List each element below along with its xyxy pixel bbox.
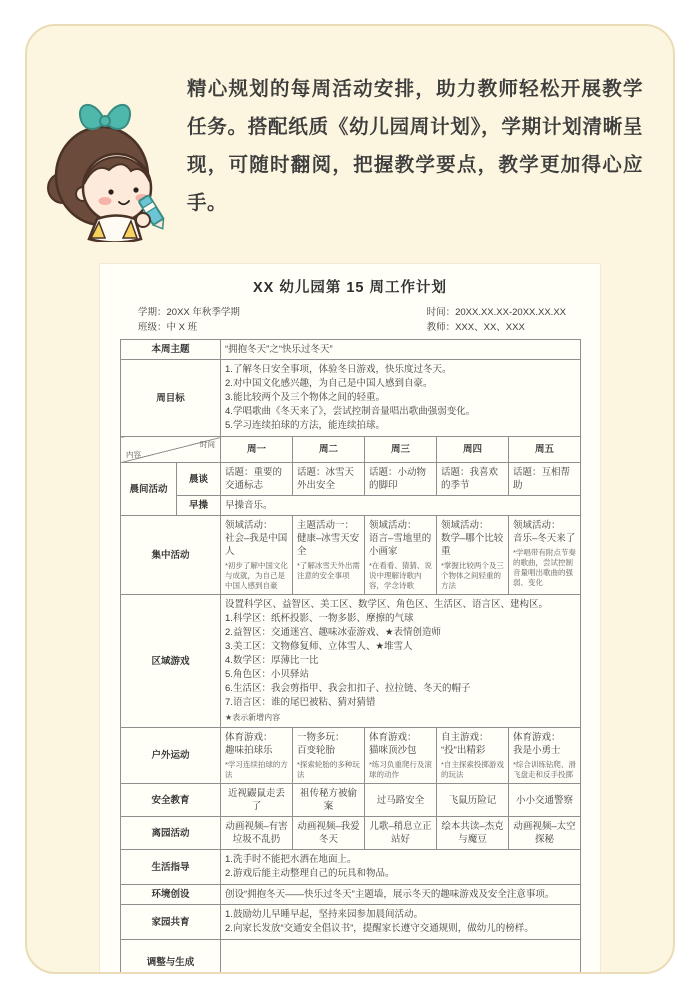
intro-section: 精心规划的每周活动安排，助力教师轻松开展教学任务。搭配纸质《幼儿园周计划》，学期… [27,26,673,247]
table-row-morning-talk: 晨间活动 晨谈 话题：重要的交通标志 话题：冰雪天外出安全 话题：小动物的脚印 … [121,463,581,496]
promo-card: 精心规划的每周活动安排，助力教师轻松开展教学任务。搭配纸质《幼儿园周计划》，学期… [25,24,675,974]
row-label-regional: 区域游戏 [121,595,221,728]
meta-time: 时间：20XX.XX.XX-20XX.XX.XX [427,305,566,320]
girl-mascot-svg [39,92,179,242]
row-label-goals: 周目标 [121,360,221,437]
regional-line: 6.生活区：我会剪指甲、我会扣扣子、拉拉链、冬天的帽子 [225,682,576,695]
safety-tuesday: 祖传秘方被偷案 [293,784,365,817]
life-line: 2.游戏后能主动整理自己的玩具和物品。 [225,867,576,880]
diagonal-header-cell: 时间 内容 [121,437,221,463]
row-label-safety: 安全教育 [121,784,221,817]
table-row-focus-activities: 集中活动 领域活动： 社会–我是中国人 *初步了解中国文化与成就，为自己是中国人… [121,516,581,595]
row-label-life: 生活指导 [121,850,221,885]
girl-mascot-illustration [39,92,179,247]
table-row-home-coeducation: 家园共育 1.鼓励幼儿早睡早起，坚持来园参加晨间活动。 2.向家长发放“交通安全… [121,905,581,940]
document-meta: 学期：20XX 年秋季学期 班级：中 X 班 时间：20XX.XX.XX-20X… [120,305,580,339]
row-label-leaving: 离园活动 [121,817,221,850]
morning-talk-monday: 话题：重要的交通标志 [221,463,293,496]
document-title: XX 幼儿园第 15 周工作计划 [120,276,580,297]
activity-name: 社会–我是中国人 [225,532,288,558]
safety-wednesday: 过马路安全 [365,784,437,817]
diagonal-label-content: 内容 [126,448,141,461]
row-label-adjust: 调整与生成 [121,940,221,975]
activity-name: 音乐–冬天来了 [513,532,576,545]
regional-line: 设置科学区、益智区、美工区、数学区、角色区、生活区、语言区、建构区。 [225,598,576,611]
regional-line: 2.益智区：交通迷宫、趣味冰壶游戏、★表情创造师 [225,626,576,639]
theme-content: “拥抱冬天”之“快乐过冬天” [221,340,581,360]
activity-note: *综合训练钻爬、滑飞盘走和反手投掷 [513,760,576,780]
mascot-eye-right [133,187,138,192]
outdoor-monday: 体育游戏： 趣味拍球乐 *学习连续拍球的方法 [221,728,293,784]
table-row-regional-games: 区域游戏 设置科学区、益智区、美工区、数学区、角色区、生活区、语言区、建构区。 … [121,595,581,728]
activity-type: 体育游戏： [369,731,432,744]
day-header-wednesday: 周三 [365,437,437,463]
home-line: 1.鼓励幼儿早睡早起，坚持来园参加晨间活动。 [225,908,576,921]
mascot-hand [136,213,150,227]
morning-talk-tuesday: 话题：冰雪天外出安全 [293,463,365,496]
activity-note: *初步了解中国文化与成就，为自己是中国人感到自豪 [225,561,288,591]
goal-item: 4.学唱歌曲《冬天来了》，尝试控制音量唱出歌曲强弱变化。 [225,405,576,418]
meta-class: 班级：中 X 班 [138,320,240,335]
activity-type: 自主游戏： [441,731,504,744]
weekly-plan-table: 本周主题 “拥抱冬天”之“快乐过冬天” 周目标 1.了解冬日安全事项，体验冬日游… [120,339,581,974]
row-label-morning: 晨间活动 [121,463,177,516]
activity-type: 领域活动： [441,519,504,532]
activity-note: *学习连续拍球的方法 [225,760,288,780]
sub-label-morning-talk: 晨谈 [177,463,221,496]
intro-paragraph: 精心规划的每周活动安排，助力教师轻松开展教学任务。搭配纸质《幼儿园周计划》，学期… [187,70,643,222]
day-header-monday: 周一 [221,437,293,463]
row-label-outdoor: 户外运动 [121,728,221,784]
activity-name: 健康–冰雪天安全 [297,532,360,558]
meta-teachers: 教师：XXX、XX、XXX [427,320,566,335]
leaving-friday: 动画视频–太空探秘 [509,817,581,850]
activity-type: 领域活动： [513,519,576,532]
activity-type: 体育游戏： [513,731,576,744]
activity-note: *练习负重爬行及滚球的动作 [369,760,432,780]
row-label-environment: 环境创设 [121,885,221,905]
goal-item: 5.学习连续拍球的方法，能连续拍球。 [225,419,576,432]
outdoor-wednesday: 体育游戏： 猫咪顶沙包 *练习负重爬行及滚球的动作 [365,728,437,784]
row-label-home: 家园共育 [121,905,221,940]
activity-type: 领域活动： [225,519,288,532]
activity-note: *探索轮胎的多种玩法 [297,760,360,780]
goal-item: 1.了解冬日安全事项，体验冬日游戏，快乐度过冬天。 [225,363,576,376]
morning-talk-friday: 话题：互相帮助 [509,463,581,496]
activity-type: 体育游戏： [225,731,288,744]
diagonal-label-time: 时间 [200,438,215,451]
meta-semester: 学期：20XX 年秋季学期 [138,305,240,320]
home-coeducation-content: 1.鼓励幼儿早睡早起，坚持来园参加晨间活动。 2.向家长发放“交通安全倡议书”，… [221,905,581,940]
home-line: 2.向家长发放“交通安全倡议书”，提醒家长遵守交通规则，做幼儿的榜样。 [225,922,576,935]
activity-name: 猫咪顶沙包 [369,744,432,757]
regional-line: 4.数学区：厚薄比一比 [225,654,576,667]
activity-note: *学唱带有附点节奏的歌曲，尝试控制音量唱出歌曲的强弱、变化 [513,548,576,588]
outdoor-thursday: 自主游戏： “投”出精彩 *自主探索投掷游戏的玩法 [437,728,509,784]
day-header-friday: 周五 [509,437,581,463]
focus-tuesday: 主题活动一： 健康–冰雪天安全 *了解冰雪天外出需注意的安全事项 [293,516,365,595]
safety-friday: 小小交通警察 [509,784,581,817]
day-header-thursday: 周四 [437,437,509,463]
environment-content: 创设“拥抱冬天——快乐过冬天”主题墙，展示冬天的趣味游戏及安全注意事项。 [221,885,581,905]
regional-line: 7.语言区：谁的尾巴被粘、猜对猜错 [225,696,576,709]
safety-thursday: 飞鼠历险记 [437,784,509,817]
goals-content: 1.了解冬日安全事项，体验冬日游戏，快乐度过冬天。 2.对中国文化感兴趣，为自己… [221,360,581,437]
activity-name: 语言–雪地里的小画家 [369,532,432,558]
activity-name: 数学–哪个比较重 [441,532,504,558]
table-row-adjust: 调整与生成 [121,940,581,975]
plan-document: XX 幼儿园第 15 周工作计划 学期：20XX 年秋季学期 班级：中 X 班 … [99,263,601,974]
meta-right: 时间：20XX.XX.XX-20XX.XX.XX 教师：XXX、XX、XXX [427,305,566,335]
table-row-days-header: 时间 内容 周一 周二 周三 周四 周五 [121,437,581,463]
row-label-theme: 本周主题 [121,340,221,360]
focus-friday: 领域活动： 音乐–冬天来了 *学唱带有附点节奏的歌曲，尝试控制音量唱出歌曲的强弱… [509,516,581,595]
sub-label-morning-exercise: 早操 [177,496,221,516]
activity-name: 我是小勇士 [513,744,576,757]
goal-item: 2.对中国文化感兴趣，为自己是中国人感到自豪。 [225,377,576,390]
activity-name: 百变轮胎 [297,744,360,757]
activity-type: 一物多玩： [297,731,360,744]
activity-note: *掌握比较两个及三个物体之间轻重的方法 [441,561,504,591]
leaving-tuesday: 动画视频–我爱冬天 [293,817,365,850]
activity-name: “投”出精彩 [441,744,504,757]
outdoor-tuesday: 一物多玩： 百变轮胎 *探索轮胎的多种玩法 [293,728,365,784]
mascot-eye-left [108,189,113,194]
regional-star-note: ★表示新增内容 [225,711,576,724]
outdoor-friday: 体育游戏： 我是小勇士 *综合训练钻爬、滑飞盘走和反手投掷 [509,728,581,784]
life-guidance-content: 1.洗手时不能把水洒在地面上。 2.游戏后能主动整理自己的玩具和物品。 [221,850,581,885]
focus-wednesday: 领域活动： 语言–雪地里的小画家 *在看看、猜猜、说说中理解诗歌内容，学念诗歌 [365,516,437,595]
table-row-outdoor-sports: 户外运动 体育游戏： 趣味拍球乐 *学习连续拍球的方法 一物多玩： 百变轮胎 *… [121,728,581,784]
morning-talk-wednesday: 话题：小动物的脚印 [365,463,437,496]
table-row-environment: 环境创设 创设“拥抱冬天——快乐过冬天”主题墙，展示冬天的趣味游戏及安全注意事项… [121,885,581,905]
day-header-tuesday: 周二 [293,437,365,463]
morning-talk-thursday: 话题：我喜欢的季节 [437,463,509,496]
activity-note: *了解冰雪天外出需注意的安全事项 [297,561,360,581]
mascot-bow-icon [80,105,130,129]
focus-thursday: 领域活动： 数学–哪个比较重 *掌握比较两个及三个物体之间轻重的方法 [437,516,509,595]
table-row-goals: 周目标 1.了解冬日安全事项，体验冬日游戏，快乐度过冬天。 2.对中国文化感兴趣… [121,360,581,437]
regional-line: 1.科学区：纸杯投影、一物多影、摩擦的气球 [225,612,576,625]
activity-name: 趣味拍球乐 [225,744,288,757]
leaving-thursday: 绘本共读–杰克与魔豆 [437,817,509,850]
row-label-focus: 集中活动 [121,516,221,595]
table-row-leaving-activities: 离园活动 动画视频–有害垃圾不乱扔 动画视频–我爱冬天 儿歌–稍息立正站好 绘本… [121,817,581,850]
life-line: 1.洗手时不能把水洒在地面上。 [225,853,576,866]
goal-item: 3.能比较两个及三个物体之间的轻重。 [225,391,576,404]
table-row-life-guidance: 生活指导 1.洗手时不能把水洒在地面上。 2.游戏后能主动整理自己的玩具和物品。 [121,850,581,885]
mascot-blush-left [99,197,112,205]
table-row-theme: 本周主题 “拥抱冬天”之“快乐过冬天” [121,340,581,360]
meta-left: 学期：20XX 年秋季学期 班级：中 X 班 [138,305,240,335]
focus-monday: 领域活动： 社会–我是中国人 *初步了解中国文化与成就，为自己是中国人感到自豪 [221,516,293,595]
activity-note: *自主探索投掷游戏的玩法 [441,760,504,780]
activity-note: *在看看、猜猜、说说中理解诗歌内容，学念诗歌 [369,561,432,591]
regional-games-content: 设置科学区、益智区、美工区、数学区、角色区、生活区、语言区、建构区。 1.科学区… [221,595,581,728]
activity-type: 主题活动一： [297,519,360,532]
table-row-morning-exercise: 早操 早操音乐。 [121,496,581,516]
table-row-safety-education: 安全教育 近视鼹鼠走丢了 祖传秘方被偷案 过马路安全 飞鼠历险记 小小交通警察 [121,784,581,817]
regional-line: 5.角色区：小贝驿站 [225,668,576,681]
leaving-monday: 动画视频–有害垃圾不乱扔 [221,817,293,850]
activity-type: 领域活动： [369,519,432,532]
adjust-content [221,940,581,975]
safety-monday: 近视鼹鼠走丢了 [221,784,293,817]
morning-exercise-content: 早操音乐。 [221,496,581,516]
page: { "colors": { "card_background": "#fcf5d… [0,0,700,999]
leaving-wednesday: 儿歌–稍息立正站好 [365,817,437,850]
regional-line: 3.美工区：文物修复师、立体雪人、★堆雪人 [225,640,576,653]
